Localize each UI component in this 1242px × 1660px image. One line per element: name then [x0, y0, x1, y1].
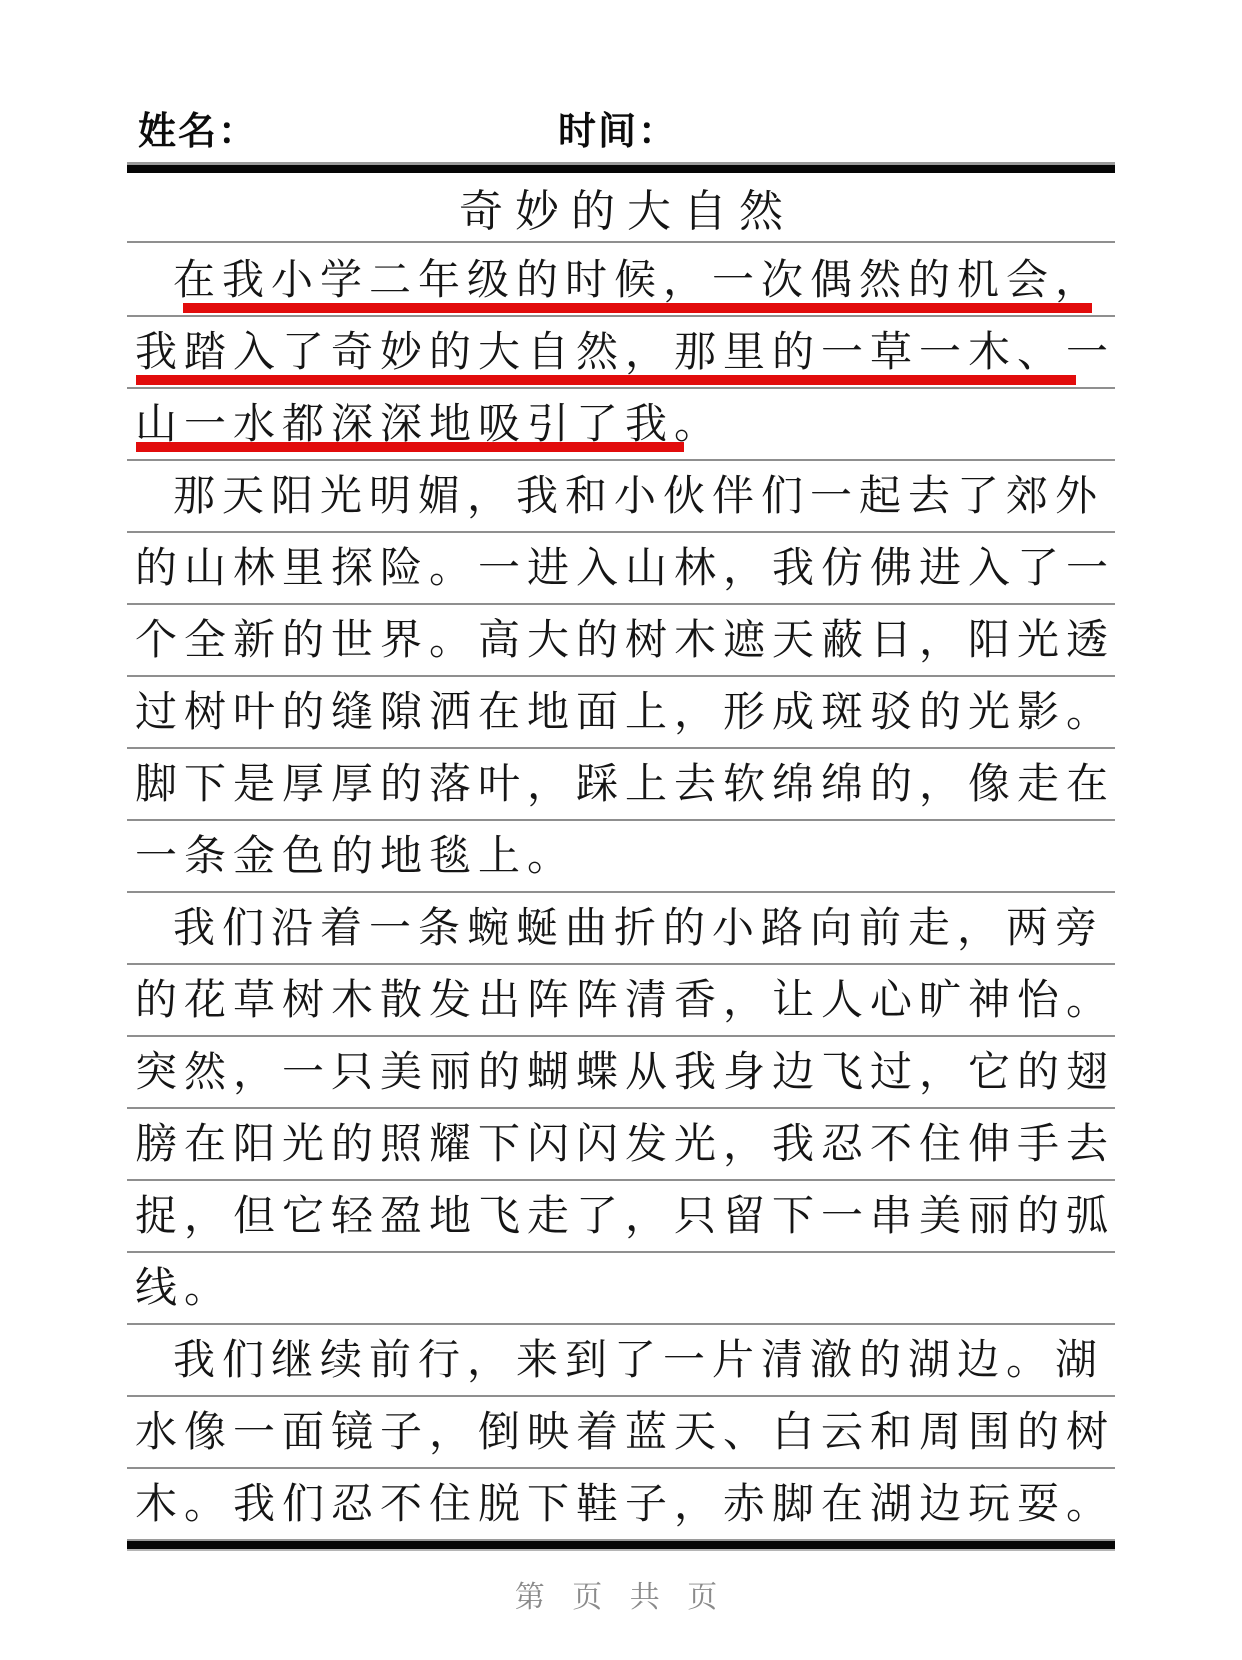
- red-underline: [136, 442, 684, 452]
- essay-line-text: 捉，但它轻盈地飞走了，只留下一串美丽的弧: [127, 1183, 1115, 1249]
- essay-line: 山一水都深深地吸引了我。: [127, 389, 1115, 461]
- essay-line-text: 个全新的世界。高大的树木遮天蔽日，阳光透: [127, 607, 1115, 673]
- red-underline: [136, 375, 1076, 385]
- essay-line: 一条金色的地毯上。: [127, 821, 1115, 893]
- title-row: 奇妙的大自然: [127, 173, 1115, 243]
- essay-line-text: 一条金色的地毯上。: [127, 823, 576, 889]
- document-page: 姓名： 时间： 奇妙的大自然 在我小学二年级的时候，一次偶然的机会， 我踏入了奇…: [0, 0, 1242, 1660]
- essay-line: 的山林里探险。一进入山林，我仿佛进入了一: [127, 533, 1115, 605]
- essay-line-text: 线。: [127, 1255, 233, 1321]
- essay-line-text: 膀在阳光的照耀下闪闪发光，我忍不住伸手去: [127, 1111, 1115, 1177]
- essay-line-text: 那天阳光明媚，我和小伙伴们一起去了郊外: [127, 463, 1104, 529]
- red-underline: [183, 303, 1092, 313]
- essay-line-text: 的山林里探险。一进入山林，我仿佛进入了一: [127, 535, 1115, 601]
- essay-body: 在我小学二年级的时候，一次偶然的机会， 我踏入了奇妙的大自然，那里的一草一木、一…: [127, 245, 1115, 1541]
- essay-line: 在我小学二年级的时候，一次偶然的机会，: [127, 245, 1115, 317]
- essay-line: 我踏入了奇妙的大自然，那里的一草一木、一: [127, 317, 1115, 389]
- page-number-label: 第 页 共 页: [515, 1581, 728, 1614]
- header-divider: [127, 162, 1115, 173]
- document-header: 姓名： 时间：: [127, 100, 1115, 152]
- essay-line: 捉，但它轻盈地飞走了，只留下一串美丽的弧: [127, 1181, 1115, 1253]
- footer-divider: [127, 1539, 1115, 1551]
- page-footer: 第 页 共 页: [127, 1572, 1115, 1616]
- essay-line-text: 的花草树木散发出阵阵清香，让人心旷神怡。: [127, 967, 1115, 1033]
- essay-line: 我们继续前行，来到了一片清澈的湖边。湖: [127, 1325, 1115, 1397]
- essay-line-text: 过树叶的缝隙洒在地面上，形成斑驳的光影。: [127, 679, 1115, 745]
- essay-line-text: 脚下是厚厚的落叶，踩上去软绵绵的，像走在: [127, 751, 1115, 817]
- essay-line: 脚下是厚厚的落叶，踩上去软绵绵的，像走在: [127, 749, 1115, 821]
- essay-line-text: 木。我们忍不住脱下鞋子，赤脚在湖边玩耍。: [127, 1471, 1115, 1537]
- essay-line: 那天阳光明媚，我和小伙伴们一起去了郊外: [127, 461, 1115, 533]
- essay-line: 过树叶的缝隙洒在地面上，形成斑驳的光影。: [127, 677, 1115, 749]
- essay-line-text: 我们继续前行，来到了一片清澈的湖边。湖: [127, 1327, 1104, 1393]
- essay-line-text: 我们沿着一条蜿蜒曲折的小路向前走，两旁: [127, 895, 1104, 961]
- essay-line: 水像一面镜子，倒映着蓝天、白云和周围的树: [127, 1397, 1115, 1469]
- essay-title: 奇妙的大自然: [447, 175, 795, 239]
- essay-line: 线。: [127, 1253, 1115, 1325]
- essay-line-text: 突然，一只美丽的蝴蝶从我身边飞过，它的翅: [127, 1039, 1115, 1105]
- essay-line: 个全新的世界。高大的树木遮天蔽日，阳光透: [127, 605, 1115, 677]
- essay-line: 我们沿着一条蜿蜒曲折的小路向前走，两旁: [127, 893, 1115, 965]
- essay-line-text: 水像一面镜子，倒映着蓝天、白云和周围的树: [127, 1399, 1115, 1465]
- time-label: 时间：: [558, 100, 678, 155]
- essay-line: 突然，一只美丽的蝴蝶从我身边飞过，它的翅: [127, 1037, 1115, 1109]
- essay-line: 膀在阳光的照耀下闪闪发光，我忍不住伸手去: [127, 1109, 1115, 1181]
- essay-line: 木。我们忍不住脱下鞋子，赤脚在湖边玩耍。: [127, 1469, 1115, 1541]
- essay-line: 的花草树木散发出阵阵清香，让人心旷神怡。: [127, 965, 1115, 1037]
- name-label: 姓名：: [138, 100, 258, 155]
